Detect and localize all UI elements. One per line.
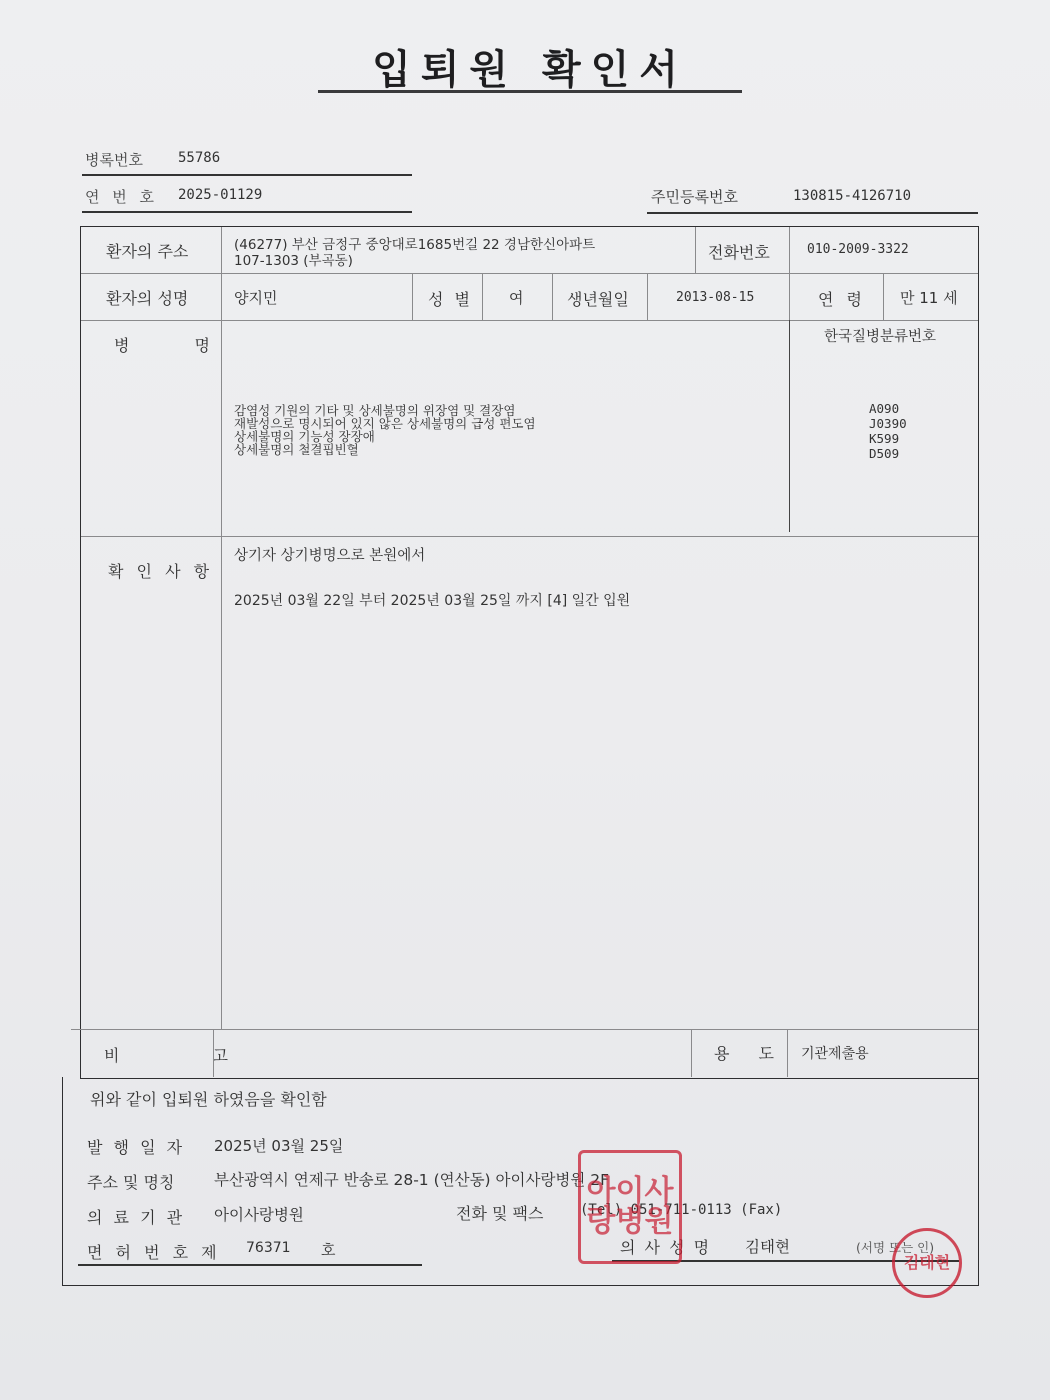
confirmation-line2: 2025년 03월 22일 부터 2025년 03월 25일 까지 [4] 일간… [234,590,630,610]
divider [789,227,790,273]
divider [221,320,222,536]
doctor-name: 김태현 [745,1235,790,1257]
resident-no-label: 주민등록번호 [651,186,738,207]
dob-label: 생년월일 [567,287,629,310]
diagnosis-code: D509 [869,446,907,461]
divider [221,227,222,273]
hospital-address-value: 부산광역시 연제구 반송로 28-1 (연산동) 아이사랑병원 2F [214,1168,609,1190]
row-divider [81,320,978,321]
sex-label: 성 별 [428,287,473,310]
divider [787,1029,788,1077]
phone-value: 010-2009-3322 [807,242,909,257]
remarks-label: 비 고 [104,1043,272,1066]
dob-value: 2013-08-15 [676,290,754,305]
record-no-value: 55786 [178,150,220,166]
address-line2: 107-1303 (부곡동) [234,249,353,269]
diagnosis-codes: A090 J0390 K599 D509 [869,401,907,461]
diagnosis-code: J0390 [869,416,907,431]
divider [221,536,222,1030]
record-no-label: 병록번호 [85,149,143,170]
license-no: 76371 [246,1240,291,1256]
statement: 위와 같이 입퇴원 하였음을 확인함 [90,1087,327,1110]
license-underline [78,1264,422,1266]
diagnosis-list: 감염성 기원의 기타 및 상세불명의 위장염 및 결장염 재발성으로 명시되어 … [234,404,536,456]
diagnosis-code: K599 [869,431,907,446]
address-label: 환자의 주소 [106,239,188,262]
confirmation-line1: 상기자 상기병명으로 본원에서 [234,544,425,565]
age-label: 연 령 [818,287,866,310]
divider [412,273,413,320]
divider [789,273,790,320]
age-value: 만 11 세 [900,287,958,308]
divider [691,1029,692,1077]
divider [883,273,884,320]
title-underline [318,90,742,93]
divider [213,1029,214,1077]
serial-no-value: 2025-01129 [178,187,262,203]
divider [695,227,696,273]
doctor-seal-stamp: 김태현 [892,1228,962,1298]
record-no-underline [82,174,412,176]
divider [789,320,790,532]
serial-no-underline [82,211,412,213]
code-header: 한국질병분류번호 [824,325,936,346]
license-label: 면 허 번 호 제 [87,1240,221,1263]
divider [221,273,222,320]
purpose-value: 기관제출용 [801,1043,869,1063]
diagnosis-code: A090 [869,401,907,416]
resident-no-value: 130815-4126710 [793,188,911,204]
serial-no-label: 연 번 호 [85,186,158,207]
hospital-seal-stamp: 아이사랑병원 [578,1150,682,1264]
issue-date-label: 발 행 일 자 [87,1135,185,1158]
contact-label: 전화 및 팩스 [456,1201,543,1224]
name-label: 환자의 성명 [106,286,188,309]
institution-label: 의 료 기 관 [87,1205,185,1228]
row-divider [81,536,978,537]
resident-no-underline [647,212,978,214]
diagnosis-name: 상세불명의 철결핍빈혈 [234,443,536,456]
phone-label: 전화번호 [708,240,770,263]
document-title: 입퇴원 확인서 [318,38,742,95]
hospital-address-label: 주소 및 명칭 [87,1170,174,1193]
divider [647,273,648,320]
row-divider [71,1029,978,1030]
purpose-label: 용 도 [714,1041,786,1064]
license-suffix: 호 [321,1239,336,1260]
divider [482,273,483,320]
divider [552,273,553,320]
sex-value: 여 [509,287,524,308]
issue-date-value: 2025년 03월 25일 [214,1135,343,1156]
patient-name: 양지민 [234,287,277,308]
institution-value: 아이사랑병원 [214,1203,304,1225]
confirmation-label: 확 인 사 항 [108,559,213,582]
document-page: 입퇴원 확인서 병록번호 55786 연 번 호 2025-01129 주민등록… [0,0,1050,1400]
row-divider [81,273,978,274]
